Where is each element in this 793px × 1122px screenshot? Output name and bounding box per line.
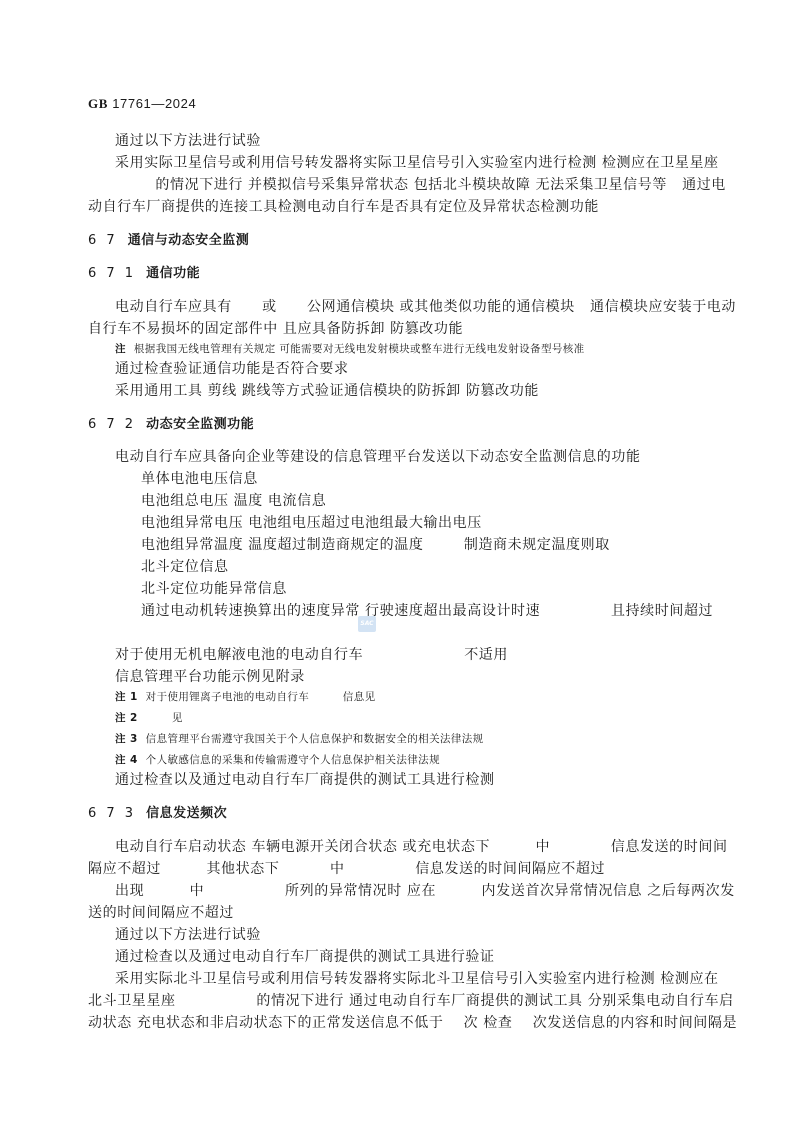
paragraph-line: 通过检查验证通信功能是否符合要求: [115, 360, 349, 378]
paragraph-line: 动自行车厂商提供的连接工具检测电动自行车是否具有定位及异常状态检测功能: [88, 198, 599, 216]
section-title: 信息发送频次: [146, 806, 227, 821]
paragraph-line: 动状态 充电状态和非启动状态下的正常发送信息不低于 次 检查 次发送信息的内容和…: [88, 1014, 737, 1032]
section-title: 动态安全监测功能: [146, 417, 254, 432]
list-item: 北斗定位信息: [141, 558, 229, 576]
list-item: 北斗定位功能异常信息: [141, 580, 287, 598]
section-heading-6-7-3: 6 7 3信息发送频次: [88, 805, 227, 823]
section-title: 通信功能: [146, 266, 200, 281]
paragraph-line: 电动自行车应具备向企业等建设的信息管理平台发送以下动态安全监测信息的功能: [115, 448, 641, 466]
note: 注 3信息管理平台需遵守我国关于个人信息保护和数据安全的相关法律法规: [115, 730, 484, 748]
list-item: 电池组总电压 温度 电流信息: [141, 492, 326, 510]
section-heading-6-7: 6 7通信与动态安全监测: [88, 232, 249, 250]
paragraph-line: 出现 中 所列的异常情况时 应在 内发送首次异常情况信息 之后每两次发: [115, 882, 735, 900]
paragraph-line: 对于使用无机电解液电池的电动自行车 不适用: [115, 646, 508, 664]
note-text: 根据我国无线电管理有关规定 可能需要对无线电发射模块或整车进行无线电发射设备型号…: [134, 343, 585, 355]
document-header: GB 17761—2024: [88, 95, 196, 113]
paragraph-line: 电动自行车启动状态 车辆电源开关闭合状态 或充电状态下 中 信息发送的时间间: [115, 838, 728, 856]
section-heading-6-7-1: 6 7 1通信功能: [88, 265, 200, 283]
note-label: 注 2: [115, 712, 138, 724]
note-text: 信息管理平台需遵守我国关于个人信息保护和数据安全的相关法律法规: [146, 733, 484, 745]
note: 注 4个人敏感信息的采集和传输需遵守个人信息保护相关法律法规: [115, 751, 440, 769]
paragraph-line: 的情况下进行 并模拟信号采集异常状态 包括北斗模块故障 无法采集卫星信号等 通过…: [115, 176, 726, 194]
paragraph-line: 北斗卫星星座 的情况下进行 通过电动自行车厂商提供的测试工具 分别采集电动自行车…: [88, 992, 734, 1010]
paragraph-line: 采用实际北斗卫星信号或利用信号转发器将实际北斗卫星信号引入实验室内进行检测 检测…: [115, 970, 719, 988]
list-item: 单体电池电压信息: [141, 470, 258, 488]
paragraph-line: 电动自行车应具有 或 公网通信模块 或其他类似功能的通信模块 通信模块应安装于电…: [115, 298, 736, 316]
note: 注 1对于使用锂离子电池的电动自行车 信息见: [115, 688, 376, 706]
paragraph-line: 采用实际卫星信号或利用信号转发器将实际卫星信号引入实验室内进行检测 检测应在卫星…: [115, 154, 719, 172]
note-text: 见: [146, 712, 183, 724]
paragraph-line: 自行车不易损坏的固定部件中 且应具备防拆卸 防篡改功能: [88, 320, 463, 338]
paragraph-line: 通过以下方法进行试验: [115, 132, 261, 150]
paragraph-line: 隔应不超过 其他状态下 中 信息发送的时间间隔应不超过: [88, 860, 605, 878]
note-label: 注: [115, 343, 126, 355]
standard-number: 17761—2024: [112, 96, 196, 111]
note: 注 2 见: [115, 709, 183, 727]
paragraph-line: 送的时间间隔应不超过: [88, 904, 234, 922]
paragraph-line: 信息管理平台功能示例见附录: [115, 668, 305, 686]
note-label: 注 4: [115, 754, 138, 766]
note-text: 个人敏感信息的采集和传输需遵守个人信息保护相关法律法规: [146, 754, 440, 766]
section-number: 6 7 3: [88, 806, 136, 821]
list-item: 电池组异常电压 电池组电压超过电池组最大输出电压: [141, 514, 482, 532]
paragraph-line: 通过检查以及通过电动自行车厂商提供的测试工具进行检测: [115, 771, 495, 789]
standard-prefix: GB: [88, 96, 108, 111]
note-label: 注 1: [115, 691, 138, 703]
note-label: 注 3: [115, 733, 138, 745]
section-number: 6 7 1: [88, 266, 136, 281]
section-number: 6 7: [88, 233, 118, 248]
note-text: 对于使用锂离子电池的电动自行车 信息见: [146, 691, 376, 703]
list-item: 通过电动机转速换算出的速度异常 行驶速度超出最高设计时速 且持续时间超过: [141, 602, 713, 620]
section-title: 通信与动态安全监测: [128, 233, 250, 248]
paragraph-line: 采用通用工具 剪线 跳线等方式验证通信模块的防拆卸 防篡改功能: [115, 382, 539, 400]
paragraph-line: 通过检查以及通过电动自行车厂商提供的测试工具进行验证: [115, 948, 495, 966]
sac-watermark-logo: SAC: [358, 616, 376, 632]
section-number: 6 7 2: [88, 417, 136, 432]
paragraph-line: 通过以下方法进行试验: [115, 926, 261, 944]
note: 注根据我国无线电管理有关规定 可能需要对无线电发射模块或整车进行无线电发射设备型…: [115, 340, 585, 358]
section-heading-6-7-2: 6 7 2动态安全监测功能: [88, 416, 254, 434]
list-item: 电池组异常温度 温度超过制造商规定的温度 制造商未规定温度则取: [141, 536, 610, 554]
